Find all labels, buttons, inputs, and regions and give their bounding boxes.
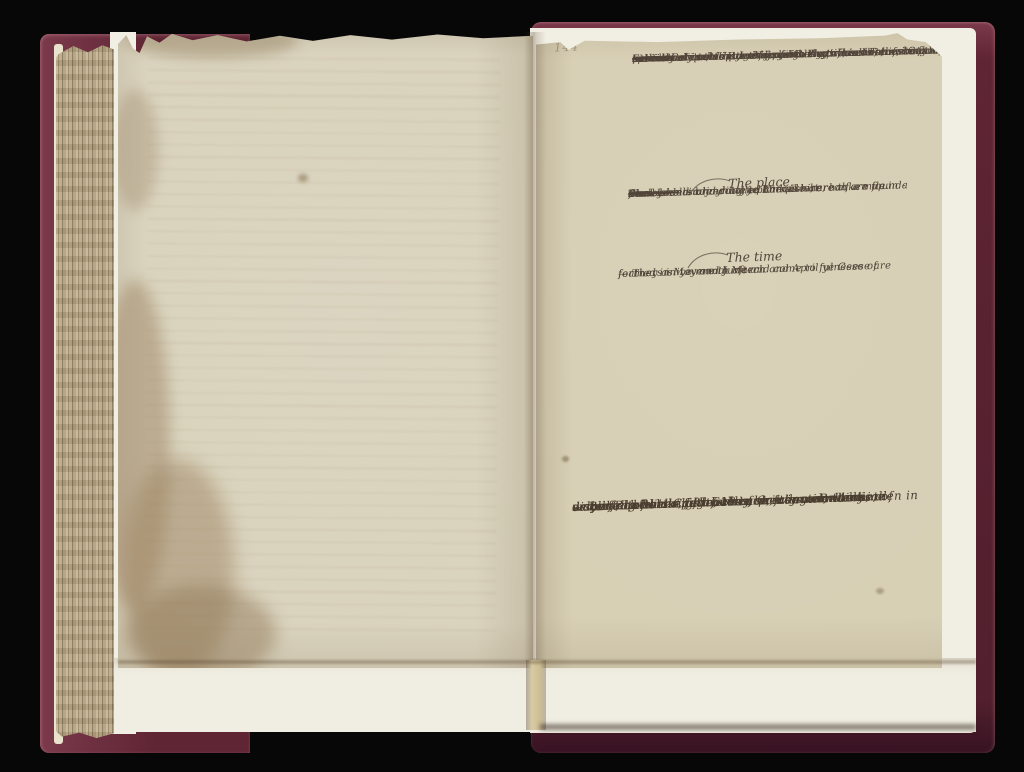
manuscript-line: feathers in ye month after. [618,264,761,282]
stain [126,586,276,681]
stain [562,456,569,462]
stain [298,174,308,182]
right-page: 144 Fabius Columna in ye end of his Phyt… [536,28,942,668]
gutter-bottom-strip [526,660,546,730]
manuscript-line: called Bonewell. pag. 619 of Camdens Bri… [572,491,883,513]
page-bottom-seam [118,660,976,664]
stain [128,22,298,58]
manuscript-line: na hath written upon this point. [632,48,803,66]
cover-bottom-shadow [540,724,976,730]
gutter-shadow [524,32,546,662]
photo-background: 144 Fabius Columna in ye end of his Phyt… [0,0,1024,772]
manuscript-line: ders. [628,187,655,201]
left-page [118,30,533,668]
stain [112,90,158,210]
deckled-page-edges [56,44,114,738]
stain [876,588,884,594]
